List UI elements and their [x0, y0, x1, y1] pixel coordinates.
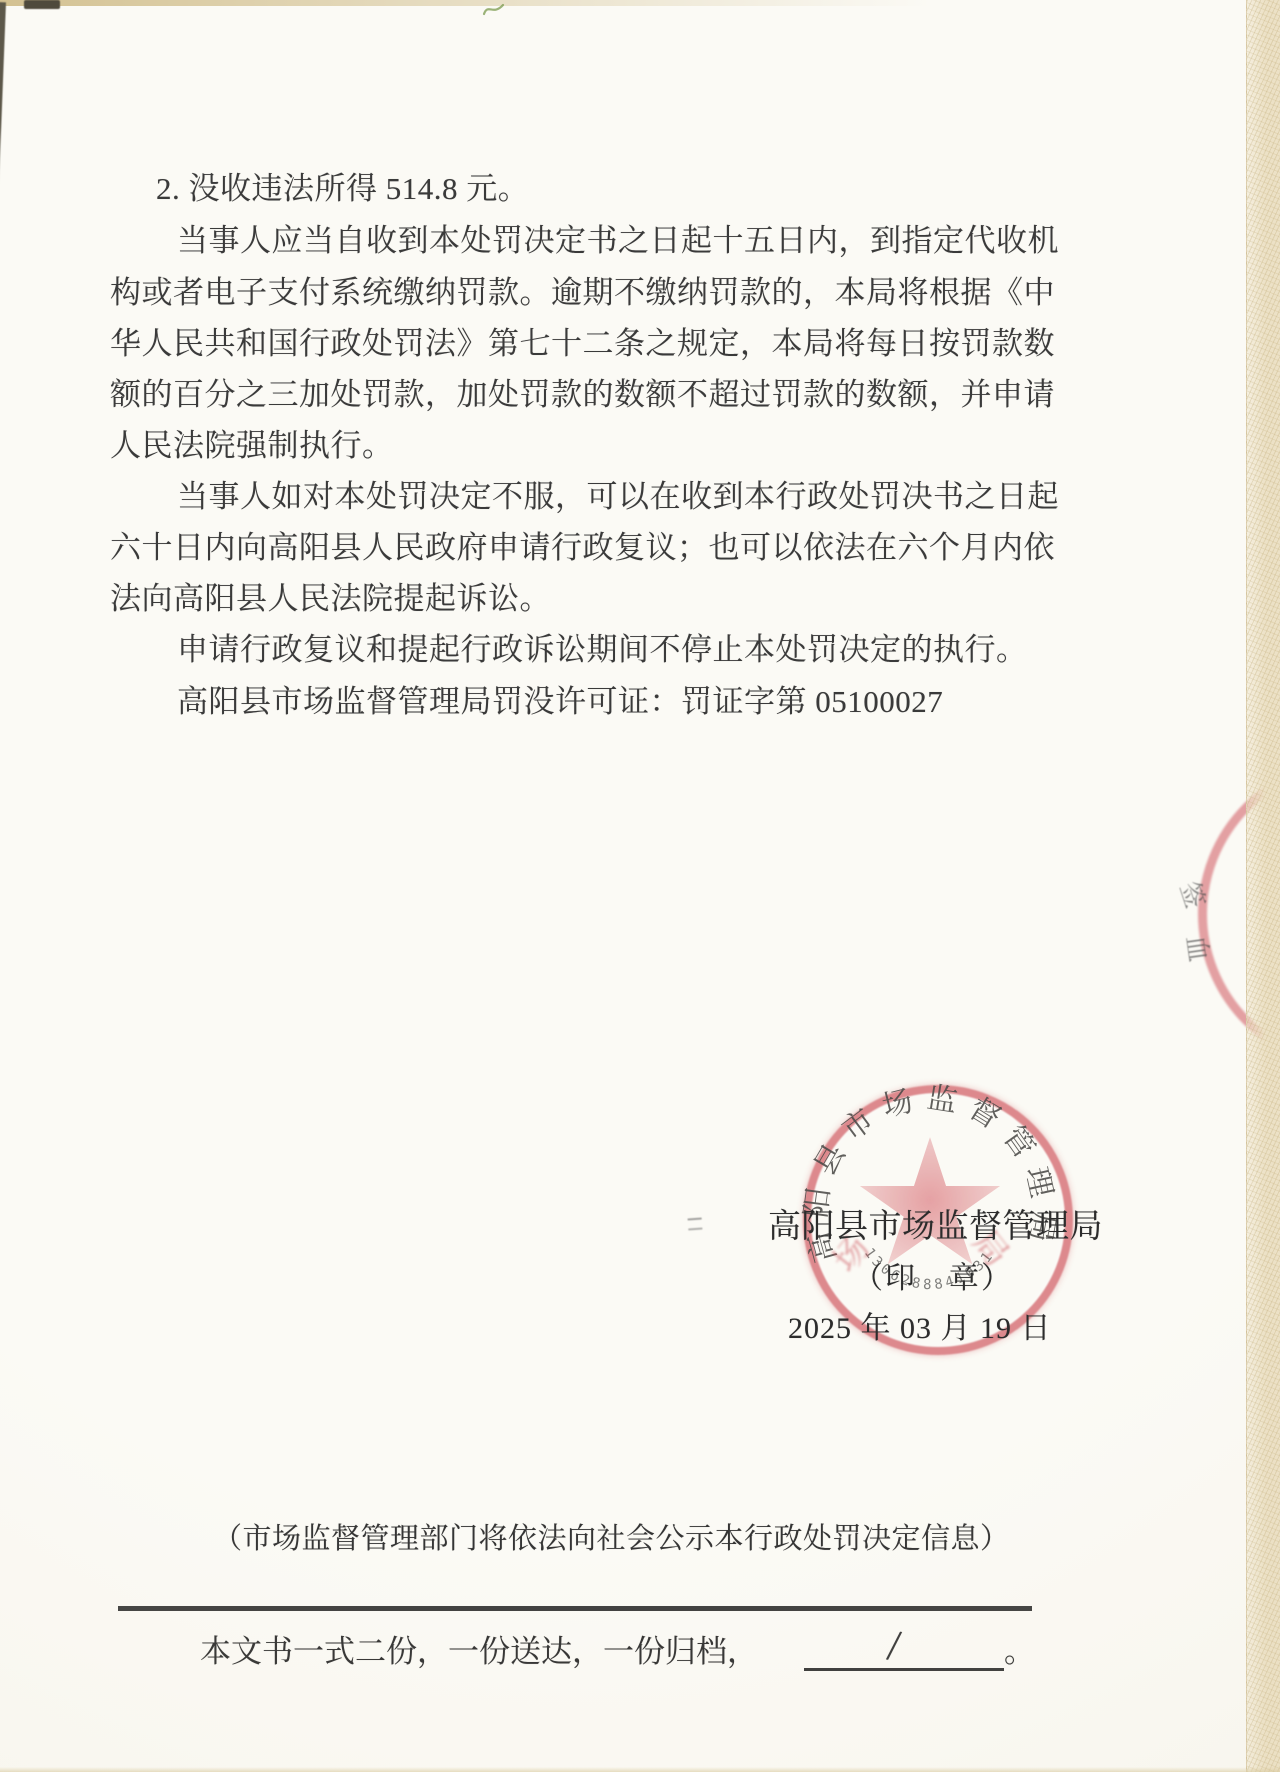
scan-edge-top: [0, 0, 930, 6]
body-line: 当事人如对本处罚决定不服，可以在收到本行政处罚决书之日起: [110, 476, 1117, 518]
body-line: 华人民共和国行政处罚法》第七十二条之规定，本局将每日按罚款数: [110, 323, 1050, 365]
body-line: 构或者电子支付系统缴纳罚款。逾期不缴纳罚款的，本局将根据《中: [110, 272, 1050, 314]
body-line: 当事人应当自收到本处罚决定书之日起十五日内，到指定代收机: [110, 220, 1117, 262]
body-line: 申请行政复议和提起行政诉讼期间不停止本处罚决定的执行。: [110, 629, 1117, 671]
distribution-note-text: 本文书一式二份，一份送达，一份归档，: [200, 1634, 758, 1669]
distribution-note-row: 本文书一式二份，一份送达，一份归档，/。: [200, 1626, 1035, 1671]
decision-date: 2025 年 03 月 19 日: [788, 1303, 1052, 1347]
distribution-note-period: 。: [1004, 1634, 1035, 1669]
body-line: 六十日内向高阳县人民政府申请行政复议；也可以依法在六个月内依: [110, 527, 1050, 569]
seal-placeholder-label: （印 章）: [853, 1253, 1013, 1297]
scan-edge-bottom: [0, 1767, 1280, 1772]
handwritten-slash-mark: /: [885, 1619, 904, 1671]
body-line: 额的百分之三加处罚款，加处罚款的数额不超过罚款的数额，并申请: [110, 374, 1050, 416]
scan-edge-right: [1246, 0, 1280, 1772]
green-pen-mark: [482, 1, 506, 19]
fill-in-blank-underline: /: [804, 1632, 1004, 1671]
footer-divider-rule: [118, 1606, 1032, 1611]
penalty-decision-document: 2. 没收违法所得 514.8 元。 当事人应当自收到本处罚决定书之日起十五日内…: [0, 0, 1280, 1772]
body-line: 人民法院强制执行。: [110, 425, 1050, 467]
public-disclosure-note: （市场监督管理部门将依法向社会公示本行政处罚决定信息）: [213, 1516, 1010, 1557]
scanned-penalty-decision-page: { "body": { "lines": [ "2. 没收违法所得 514.8 …: [0, 0, 1280, 1772]
confiscation-line: 2. 没收违法所得 514.8 元。: [110, 168, 1096, 210]
body-line: 法向高阳县人民法院提起诉讼。: [110, 578, 1050, 620]
scan-corner-blob: [24, 0, 60, 9]
signing-agency-name: 高阳县市场监督管理局: [768, 1200, 1103, 1247]
license-number-line: 高阳县市场监督管理局罚没许可证：罚证字第 05100027: [110, 681, 1117, 723]
